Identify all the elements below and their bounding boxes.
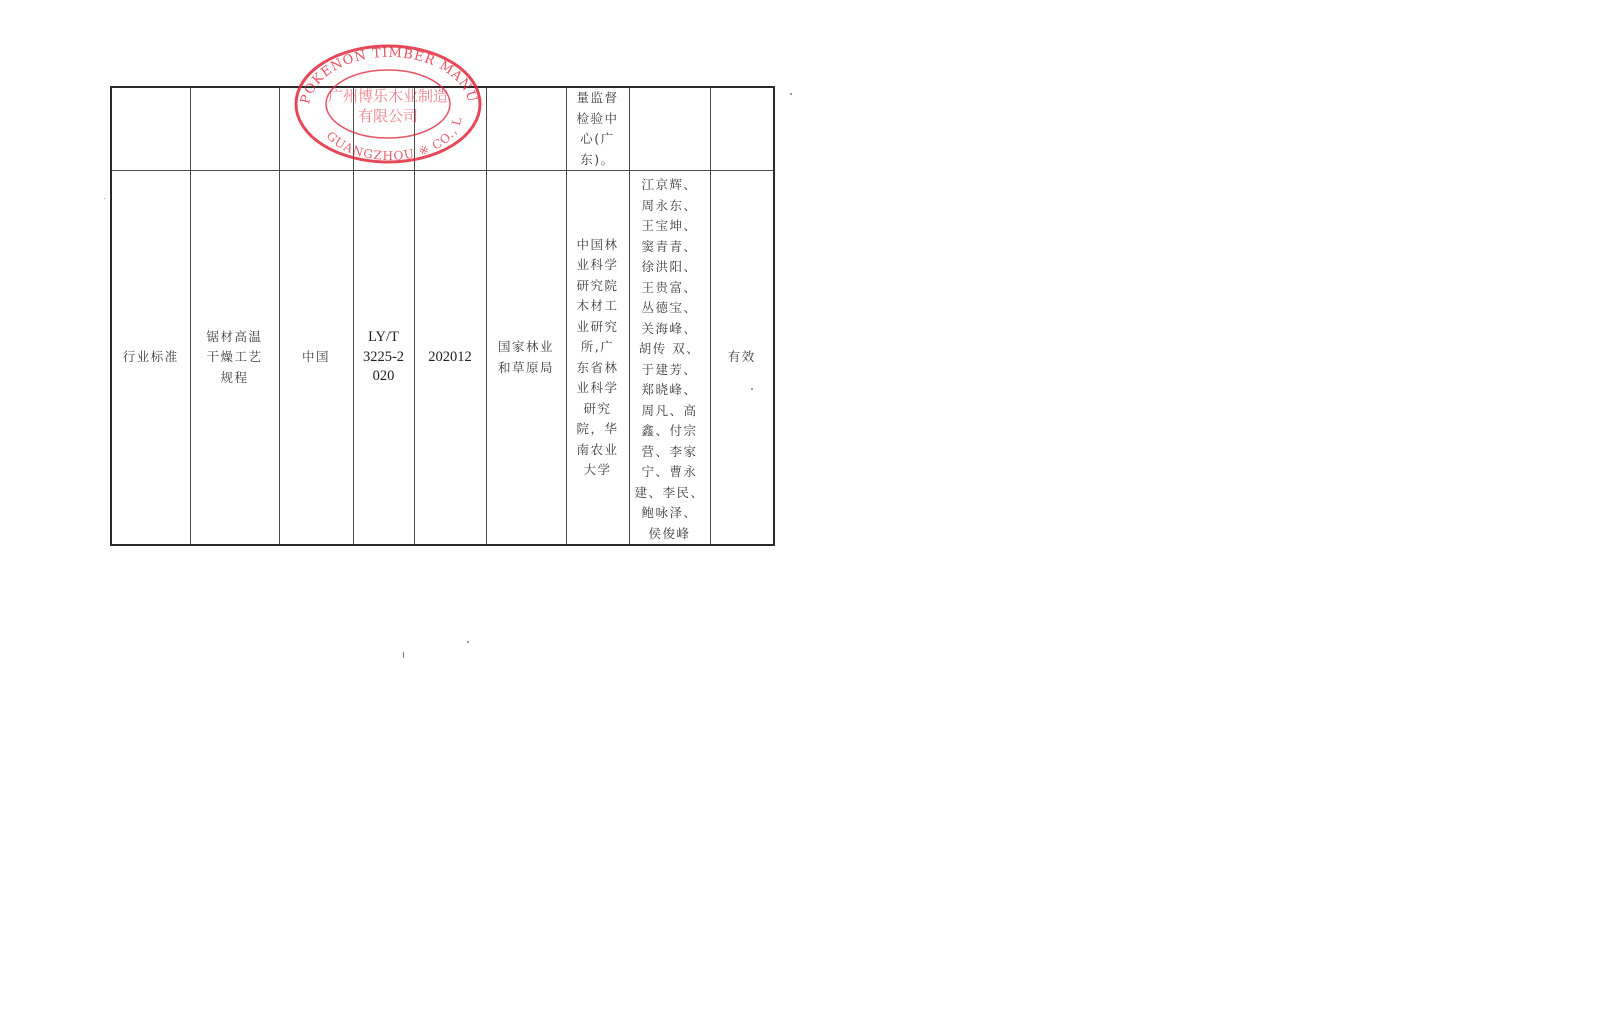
scan-speck: [790, 93, 792, 95]
issuer-cell: 国家林业 和草原局: [486, 171, 566, 546]
table-row: 行业标准 锯材高温 干燥工艺 规程 中国 LY/T 3225-2 020 202…: [111, 171, 774, 546]
status-cell: 有效: [710, 171, 774, 546]
standard-number-cell: [353, 87, 414, 171]
drafters-cell: [629, 87, 710, 171]
country-cell: [279, 87, 353, 171]
scan-speck: [104, 198, 105, 199]
standard-type-cell: 行业标准: [111, 171, 190, 546]
scan-speck: [751, 388, 753, 390]
title-cell: 锯材高温 干燥工艺 规程: [190, 171, 279, 546]
scanned-page: 量监督 检验中 心(广 东)。 行业标准 锯材高温 干燥工艺 规程 中国 LY/…: [0, 0, 1616, 1012]
drafters-cell: 江京辉、 周永东、 王宝坤、 窦青青、 徐洪阳、 王贵富、 丛德宝、 关海峰、 …: [629, 171, 710, 546]
table-row: 量监督 检验中 心(广 东)。: [111, 87, 774, 171]
country-cell: 中国: [279, 171, 353, 546]
date-cell: 202012: [414, 171, 486, 546]
standard-type-cell: [111, 87, 190, 171]
issuer-cell: [486, 87, 566, 171]
scan-speck: [467, 641, 469, 643]
standards-table: 量监督 检验中 心(广 东)。 行业标准 锯材高温 干燥工艺 规程 中国 LY/…: [110, 86, 775, 546]
standard-number-cell: LY/T 3225-2 020: [353, 171, 414, 546]
drafting-units-cell: 量监督 检验中 心(广 东)。: [566, 87, 629, 171]
title-cell: [190, 87, 279, 171]
scan-speck: [403, 652, 404, 658]
status-cell: [710, 87, 774, 171]
drafting-units-cell: 中国林 业科学 研究院 木材工 业研究 所,广 东省林 业科学 研究 院，华 南…: [566, 171, 629, 546]
date-cell: [414, 87, 486, 171]
